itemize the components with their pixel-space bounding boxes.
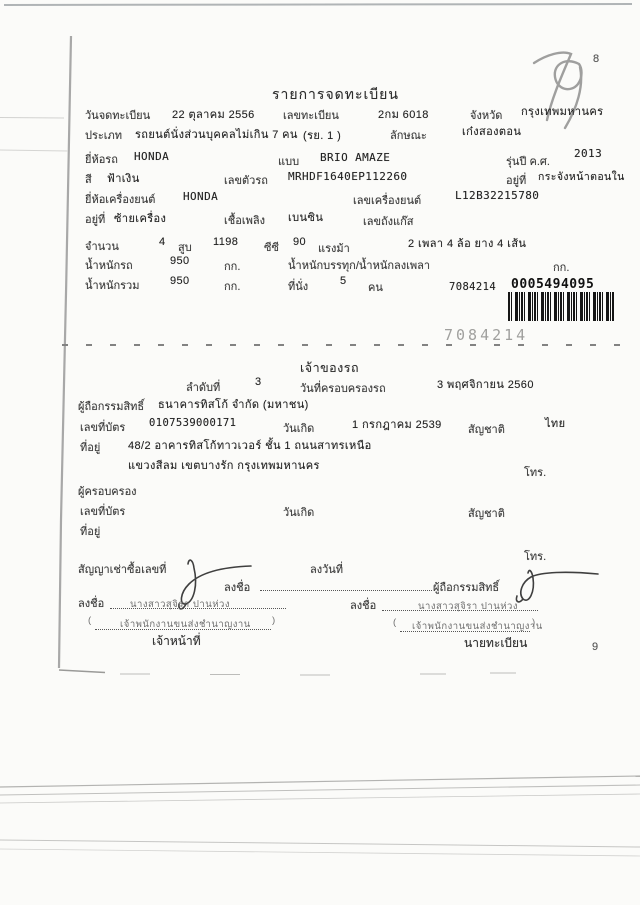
- officer-stamped-name: นางสาวสุจิรา ปานห่วง: [130, 597, 230, 612]
- officer-role: เจ้าหน้าที่: [152, 632, 201, 651]
- officer-stamped-title: เจ้าพนักงานขนส่งชำนาญงาน: [120, 617, 251, 632]
- registration-date-value: 22 ตุลาคม 2556: [172, 105, 255, 123]
- horsepower-unit-label: แรงม้า: [318, 239, 350, 257]
- engine-number-label: เลขเครื่องยนต์: [353, 191, 421, 209]
- bottom-page-number: 9: [592, 641, 598, 653]
- color-value: ฟ้าเงิน: [107, 169, 140, 187]
- officer-sign-label: ลงชื่อ: [78, 594, 104, 612]
- engine-cc-value: 1198: [213, 236, 238, 248]
- document-title: รายการจดทะเบียน: [272, 84, 399, 106]
- owner-dob-label: วันเกิด: [283, 419, 314, 437]
- brand-value: HONDA: [134, 150, 169, 163]
- page-fold-streak: [59, 36, 71, 668]
- possessor-nationality-label: สัญชาติ: [468, 504, 505, 522]
- load-weight-label: น้ำหนักบรรทุก/น้ำหนักลงเพลา: [288, 256, 430, 274]
- owner-card-value: 0107539000171: [149, 417, 236, 429]
- scan-top-edge-line: [4, 4, 632, 5]
- bottom-scan-lines: [0, 776, 640, 856]
- possession-date-label: วันที่ครอบครองรถ: [300, 379, 386, 397]
- possessor-address-label: ที่อยู่: [80, 522, 100, 540]
- chassis-location-label: อยู่ที่: [506, 171, 526, 189]
- possessor-title: ผู้ครอบครอง: [78, 482, 137, 500]
- gross-weight-label: น้ำหนักรวม: [85, 276, 139, 294]
- owner-name-value: ธนาคารทิสโก้ จำกัด (มหาชน): [158, 395, 309, 413]
- owner-dob-value: 1 กรกฎาคม 2539: [352, 415, 442, 433]
- cylinder-count-value: 4: [159, 236, 166, 248]
- seats-label: ที่นั่ง: [288, 277, 308, 295]
- registrar-paren-close: ): [532, 617, 536, 628]
- province-value: กรุงเทพมหานคร: [521, 102, 603, 120]
- sequence-value: 3: [255, 376, 262, 388]
- registrar-role: นายทะเบียน: [464, 634, 527, 653]
- owner-sign-label: ลงชื่อ: [224, 578, 250, 596]
- owner-section-title: เจ้าของรถ: [300, 358, 359, 378]
- engine-brand-value: HONDA: [183, 190, 218, 203]
- scanned-registration-document: 8 รายการจดทะเบียน วันจดทะเบียน 22 ตุลาคม…: [0, 0, 640, 905]
- plate-number-value: 2กม 6018: [378, 105, 429, 123]
- registrar-sign-label: ลงชื่อ: [350, 596, 376, 614]
- top-page-number: 8: [593, 53, 599, 65]
- chassis-number-label: เลขตัวรถ: [224, 171, 268, 189]
- model-label: แบบ: [278, 152, 299, 170]
- officer-paren-open: (: [88, 615, 92, 626]
- color-label: สี: [85, 170, 92, 188]
- gross-weight-value: 950: [170, 275, 190, 287]
- hire-purchase-contract-label: สัญญาเช่าซื้อเลขที่: [78, 560, 166, 578]
- vehicle-type-value: รถยนต์นั่งส่วนบุคคลไม่เกิน 7 คน: [135, 125, 298, 143]
- owner-address-line1: 48/2 อาคารทิสโก้ทาวเวอร์ ชั้น 1 ถนนสาทรเ…: [128, 436, 372, 454]
- engine-location-value: ซ้ายเครื่อง: [114, 209, 166, 227]
- body-style-label: ลักษณะ: [390, 126, 427, 144]
- fold-line-1: [0, 118, 64, 119]
- owner-address-line2: แขวงสีลม เขตบางรัก กรุงเทพมหานคร: [128, 456, 320, 474]
- plate-number-label: เลขทะเบียน: [283, 106, 339, 124]
- axles-wheels-tires-value: 2 เพลา 4 ล้อ ยาง 4 เส้น: [408, 234, 526, 252]
- body-style-value: เก๋งสองตอน: [462, 122, 521, 140]
- owner-sign-dotted-line: [260, 588, 432, 591]
- seats-value: 5: [340, 275, 347, 287]
- model-value: BRIO AMAZE: [320, 151, 390, 164]
- perforation-number: 7084214: [444, 326, 528, 344]
- cylinder-unit-label: สูบ: [178, 238, 192, 256]
- owner-tel-label: โทร.: [524, 463, 546, 481]
- page-corner-mark: [59, 670, 105, 673]
- registrar-stamped-title: เจ้าพนักงานขนส่งชำนาญงาน: [412, 619, 543, 634]
- chassis-location-value: กระจังหน้าตอนใน: [538, 168, 625, 185]
- possession-date-value: 3 พฤศจิกายน 2560: [437, 375, 534, 393]
- engine-brand-label: ยี่ห้อเครื่องยนต์: [85, 190, 155, 208]
- document-number: 7084214: [449, 281, 496, 293]
- barcode: [508, 292, 614, 321]
- owner-nationality-value: ไทย: [545, 414, 565, 432]
- registrar-stamped-name: นางสาวสุจิรา ปานห่วง: [418, 599, 518, 614]
- kg-unit-3: กก.: [224, 277, 240, 295]
- model-year-value: 2013: [574, 147, 602, 160]
- registrar-paren-open: (: [393, 617, 397, 628]
- chassis-number-value: MRHDF1640EP112260: [288, 170, 407, 183]
- horsepower-value: 90: [293, 236, 306, 248]
- fuel-label: เชื้อเพลิง: [224, 211, 265, 229]
- curb-weight-label: น้ำหนักรถ: [85, 256, 133, 274]
- curb-weight-value: 950: [170, 255, 190, 267]
- barcode-number: 0005494095: [511, 277, 594, 292]
- kg-unit-1: กก.: [224, 257, 240, 275]
- brand-label: ยี่ห้อรถ: [85, 150, 118, 168]
- owner-card-label: เลขที่บัตร: [80, 418, 125, 436]
- vehicle-type-code: (รย. 1 ): [303, 126, 341, 144]
- owner-name-label: ผู้ถือกรรมสิทธิ์: [78, 397, 144, 415]
- registrar-signature: [516, 571, 598, 602]
- vehicle-type-label: ประเภท: [85, 126, 122, 144]
- officer-paren-close: ): [272, 615, 276, 626]
- engine-number-value: L12B32215780: [455, 189, 539, 202]
- persons-unit-label: คน: [368, 278, 383, 296]
- possessor-tel-label: โทร.: [524, 547, 546, 565]
- hire-purchase-date-label: ลงวันที่: [310, 560, 343, 578]
- cylinder-count-label: จำนวน: [85, 237, 119, 255]
- owner-sign-suffix: ผู้ถือกรรมสิทธิ์: [433, 578, 499, 596]
- possessor-dob-label: วันเกิด: [283, 503, 314, 521]
- cc-unit-label: ซีซี: [264, 238, 279, 256]
- owner-nationality-label: สัญชาติ: [468, 420, 505, 438]
- owner-address-label: ที่อยู่: [80, 438, 100, 456]
- gas-tank-number-label: เลขถังแก๊ส: [363, 212, 414, 230]
- fold-line-2: [0, 150, 68, 151]
- perforation-dashed-line: [62, 344, 634, 346]
- engine-location-label: อยู่ที่: [85, 210, 105, 228]
- fuel-value: เบนซิน: [288, 208, 323, 226]
- kg-unit-2: กก.: [553, 258, 569, 276]
- sequence-label: ลำดับที่: [186, 378, 220, 396]
- possessor-card-label: เลขที่บัตร: [80, 502, 125, 520]
- registration-date-label: วันจดทะเบียน: [85, 106, 150, 124]
- perforation-dashes: [120, 673, 516, 675]
